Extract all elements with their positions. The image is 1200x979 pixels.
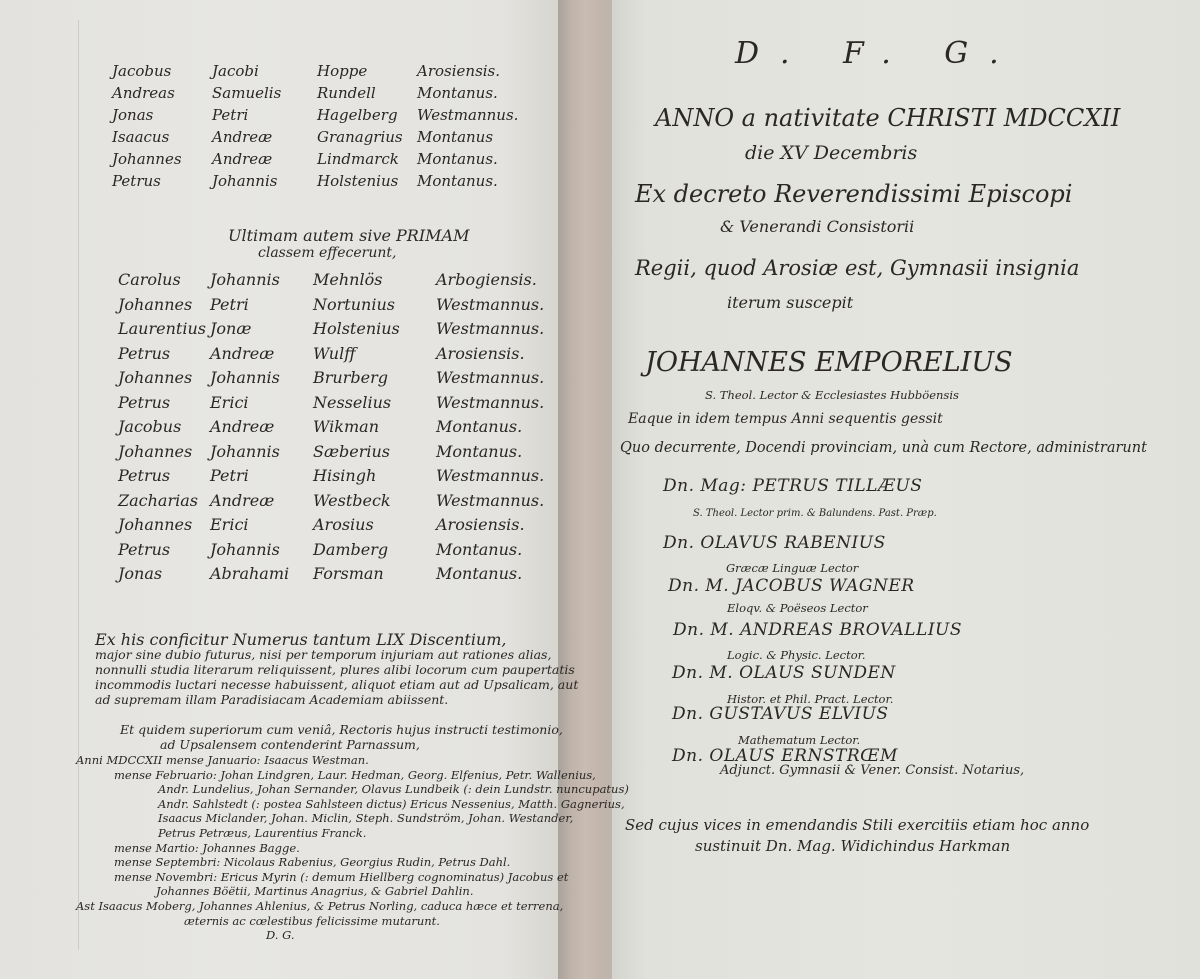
origin: Westmannus.	[436, 295, 544, 314]
surname: Wulff	[313, 344, 356, 363]
lector-name: Dn. M. ANDREAS BROVALLIUS	[673, 620, 962, 640]
departure-line: Petrus Petræus, Laurentius Franck.	[76, 826, 629, 841]
surname: Nortunius	[313, 295, 395, 314]
given-name: Jacobus	[118, 417, 181, 436]
surname: Damberg	[313, 540, 388, 559]
origin: Montanus.	[417, 150, 498, 168]
lector-name: Dn. Mag: PETRUS TILLÆUS	[663, 476, 922, 496]
given-name: Jonas	[112, 106, 153, 124]
summary-line: Ex his conficitur Numerus tantum LIX Dis…	[95, 632, 578, 647]
origin: Westmannus.	[436, 368, 544, 387]
given-name: Johannes	[118, 515, 192, 534]
lector-name: Dn. M. JACOBUS WAGNER	[668, 576, 915, 596]
patronymic: Johannis	[210, 270, 280, 289]
origin: Westmannus.	[417, 106, 518, 124]
departure-line: Andr. Sahlstedt (: postea Sahlsteen dict…	[76, 797, 629, 812]
origin: Montanus.	[436, 417, 522, 436]
patronymic: Samuelis	[212, 84, 281, 102]
origin: Montanus.	[436, 564, 522, 583]
departure-line: Ast Isaacus Moberg, Johannes Ahlenius, &…	[76, 899, 629, 914]
patronymic: Erici	[210, 515, 249, 534]
departure-line: æternis ac cœlestibus felicissime mutaru…	[76, 914, 629, 929]
surname: Westbeck	[313, 491, 391, 510]
surname: Holstenius	[317, 172, 398, 190]
decree-line: Ex decreto Reverendissimi Episcopi	[635, 180, 1072, 208]
given-name: Isaacus	[112, 128, 169, 146]
patronymic: Johannis	[210, 442, 280, 461]
origin: Arosiensis.	[436, 515, 525, 534]
departure-line: mense Novembri: Ericus Myrin (: demum Hi…	[76, 870, 629, 885]
lector-name: Dn. GUSTAVUS ELVIUS	[672, 704, 889, 724]
surname: Wikman	[313, 417, 379, 436]
gymnasium-line: Regii, quod Arosiæ est, Gymnasii insigni…	[635, 256, 1079, 280]
departure-line: mense Februario: Johan Lindgren, Laur. H…	[76, 768, 629, 783]
title-date-line: die XV Decembris	[745, 142, 917, 164]
lector-title: Logic. & Physic. Lector.	[727, 648, 866, 662]
lector-title: Adjunct. Gymnasii & Vener. Consist. Nota…	[720, 763, 1024, 778]
departure-line: Isaacus Miclander, Johan. Miclin, Steph.…	[76, 811, 629, 826]
origin: Westmannus.	[436, 393, 544, 412]
given-name: Johannes	[118, 368, 192, 387]
tenure-line: Eaque in idem tempus Anni sequentis gess…	[628, 411, 943, 427]
given-name: Laurentius	[118, 319, 206, 338]
surname: Arosius	[313, 515, 374, 534]
given-name: Johannes	[112, 150, 182, 168]
departure-line: Andr. Lundelius, Johan Sernander, Olavus…	[76, 782, 629, 797]
colleagues-intro: Quo decurrente, Docendi provinciam, unà …	[620, 440, 1147, 456]
origin: Montanus.	[436, 442, 522, 461]
origin: Westmannus.	[436, 491, 544, 510]
lector-title: S. Theol. Lector prim. & Balundens. Past…	[693, 508, 937, 519]
given-name: Jonas	[118, 564, 162, 583]
gymnasium-line-2: iterum suscepit	[727, 293, 853, 312]
given-name: Petrus	[118, 540, 170, 559]
lector-title: Mathematum Lector.	[738, 733, 860, 747]
given-name: Petrus	[118, 466, 170, 485]
origin: Montanus.	[436, 540, 522, 559]
lector-name: Dn. OLAVUS RABENIUS	[663, 533, 886, 553]
given-name: Johannes	[118, 442, 192, 461]
surname: Sæberius	[313, 442, 390, 461]
surname: Holstenius	[313, 319, 400, 338]
closing-line: Sed cujus vices in emendandis Stili exer…	[625, 816, 1089, 834]
origin: Montanus	[417, 128, 493, 146]
departure-line: mense Martio: Johannes Bagge.	[76, 841, 629, 856]
given-name: Johannes	[118, 295, 192, 314]
rector-name: JOHANNES EMPORELIUS	[645, 347, 1013, 378]
surname: Hisingh	[313, 466, 376, 485]
patronymic: Johannis	[210, 540, 280, 559]
signature-initials: D. G.	[76, 928, 629, 943]
rector-title: S. Theol. Lector & Ecclesiastes Hubböens…	[705, 388, 959, 402]
surname: Granagrius	[317, 128, 403, 146]
lector-title: Græcæ Linguæ Lector	[726, 561, 858, 575]
patronymic: Andreæ	[212, 128, 272, 146]
summary-line: ad supremam illam Paradisiacam Academiam…	[95, 692, 578, 707]
origin: Westmannus.	[436, 466, 544, 485]
title-line: ANNO a nativitate CHRISTI MDCCXII	[655, 104, 1120, 132]
patronymic: Andreæ	[210, 491, 274, 510]
upsala-line: ad Upsalensem contenderint Parnassum,	[120, 737, 563, 752]
decree-line-2: & Venerandi Consistorii	[720, 217, 914, 236]
given-name: Zacharias	[118, 491, 198, 510]
origin: Arbogiensis.	[436, 270, 537, 289]
given-name: Petrus	[112, 172, 161, 190]
departure-line: Anni MDCCXII mense Januario: Isaacus Wes…	[76, 753, 629, 768]
patronymic: Erici	[210, 393, 249, 412]
summary-paragraph: Ex his conficitur Numerus tantum LIX Dis…	[95, 632, 578, 707]
section-subheading: classem effecerunt,	[258, 245, 396, 261]
surname: Mehnlös	[313, 270, 382, 289]
patronymic: Johannis	[210, 368, 280, 387]
origin: Arosiensis.	[436, 344, 525, 363]
given-name: Carolus	[118, 270, 181, 289]
closing-line-2: sustinuit Dn. Mag. Widichindus Harkman	[695, 837, 1010, 855]
section-heading: Ultimam autem sive PRIMAM	[228, 226, 470, 245]
given-name: Jacobus	[112, 62, 171, 80]
surname: Brurberg	[313, 368, 388, 387]
patronymic: Petri	[210, 295, 249, 314]
patronymic: Petri	[212, 106, 248, 124]
given-name: Andreas	[112, 84, 175, 102]
surname: Hoppe	[317, 62, 367, 80]
origin: Montanus.	[417, 172, 498, 190]
summary-line: incommodis luctari necesse habuissent, a…	[95, 677, 578, 692]
surname: Lindmarck	[317, 150, 399, 168]
origin: Westmannus.	[436, 319, 544, 338]
patronymic: Abrahami	[210, 564, 289, 583]
departure-line: Johannes Böëtii, Martinus Anagrius, & Ga…	[76, 884, 629, 899]
patronymic: Andreæ	[210, 344, 274, 363]
summary-line: major sine dubio futurus, nisi per tempo…	[95, 647, 578, 662]
lector-title: Eloqv. & Poëseos Lector	[727, 601, 868, 615]
patronymic: Jonæ	[210, 319, 251, 338]
patronymic: Petri	[210, 466, 249, 485]
given-name: Petrus	[118, 393, 170, 412]
patronymic: Jacobi	[212, 62, 259, 80]
surname: Hagelberg	[317, 106, 398, 124]
lector-name: Dn. M. OLAUS SUNDEN	[672, 663, 896, 683]
surname: Nesselius	[313, 393, 391, 412]
patronymic: Johannis	[212, 172, 277, 190]
origin: Montanus.	[417, 84, 498, 102]
departures-list: Anni MDCCXII mense Januario: Isaacus Wes…	[76, 753, 629, 943]
monogram: D. F. G.	[735, 36, 1021, 71]
surname: Forsman	[313, 564, 384, 583]
origin: Arosiensis.	[417, 62, 500, 80]
upsala-paragraph: Et quidem superiorum cum veniâ, Rectoris…	[120, 722, 563, 752]
surname: Rundell	[317, 84, 376, 102]
patronymic: Andreæ	[212, 150, 272, 168]
given-name: Petrus	[118, 344, 170, 363]
patronymic: Andreæ	[210, 417, 274, 436]
upsala-line: Et quidem superiorum cum veniâ, Rectoris…	[120, 722, 563, 737]
summary-line: nonnulli studia literarum reliquissent, …	[95, 662, 578, 677]
departure-line: mense Septembri: Nicolaus Rabenius, Geor…	[76, 855, 629, 870]
